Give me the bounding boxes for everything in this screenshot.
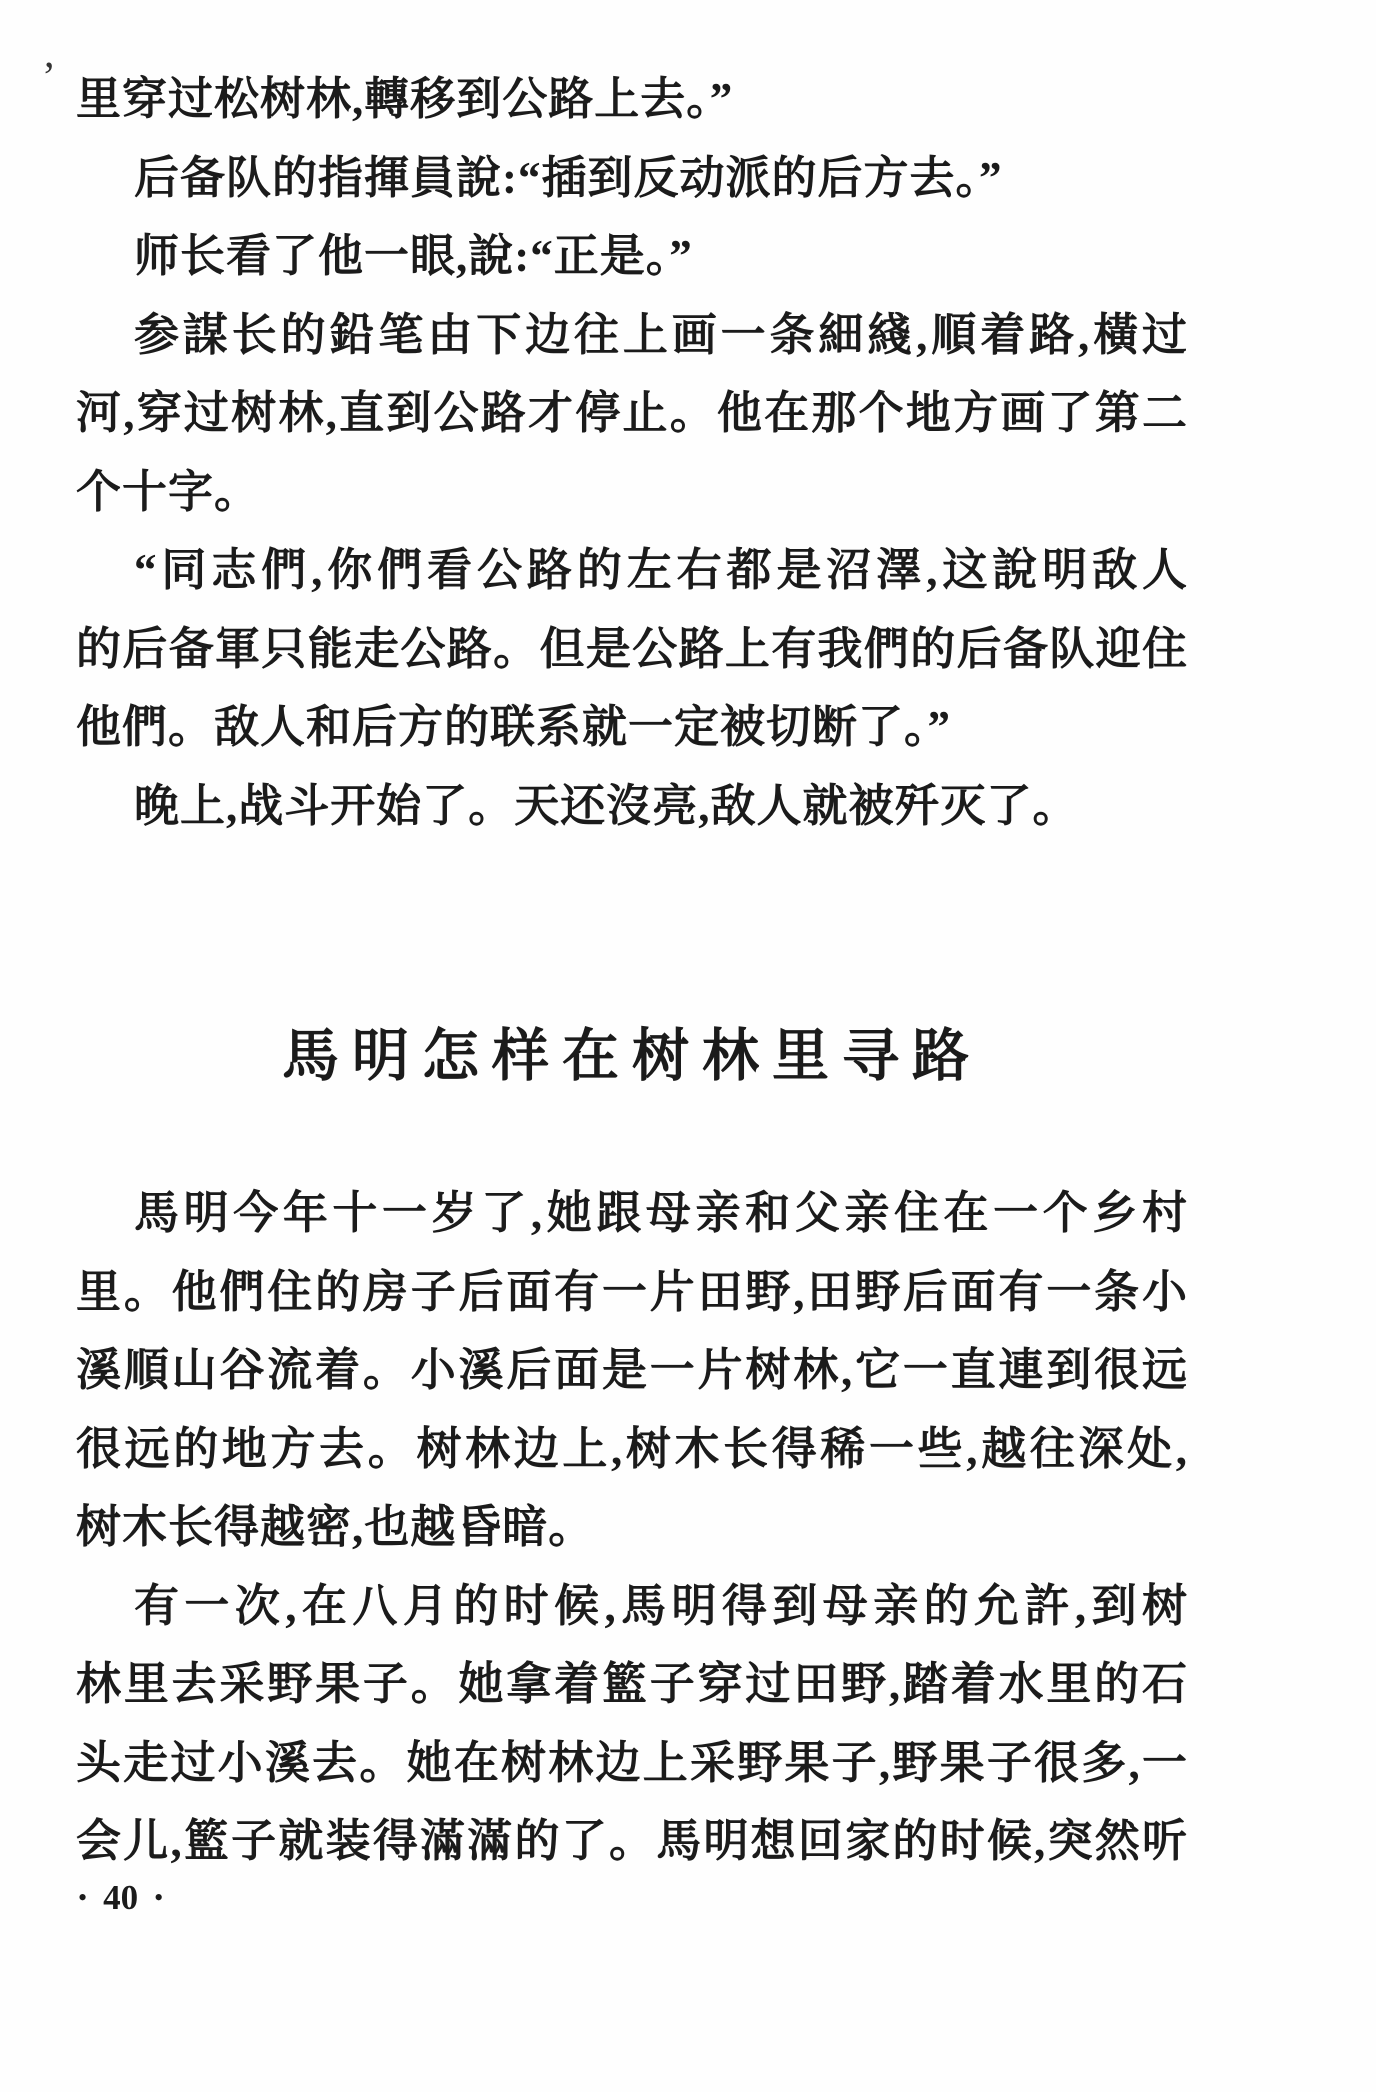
book-page: , 里穿过松树林,轉移到公路上去。” 后备队的指揮員說:“插到反动派的后方去。”… xyxy=(0,0,1376,2092)
text-line: 参謀长的鉛笔由下边往上画一条細綫,順着路,橫过 xyxy=(76,296,1188,375)
text-line: 有一次,在八月的时候,馬明得到母亲的允許,到树 xyxy=(76,1567,1188,1646)
text-line: 他們。敌人和后方的联系就一定被切断了。” xyxy=(76,688,1188,767)
page-number: 40 xyxy=(103,1878,138,1918)
text-line: 晚上,战斗开始了。天还沒亮,敌人就被歼灭了。 xyxy=(76,767,1188,846)
text-line: 树木长得越密,也越昏暗。 xyxy=(76,1488,1188,1567)
text-line: 的后备軍只能走公路。但是公路上有我們的后备队迎住 xyxy=(76,610,1188,689)
scan-artifact-mark: , xyxy=(44,30,55,78)
text-line: 个十字。 xyxy=(76,453,1188,532)
text-line: “同志們,你們看公路的左右都是沼澤,这說明敌人 xyxy=(76,531,1188,610)
text-line: 林里去采野果子。她拿着籃子穿过田野,踏着水里的石 xyxy=(76,1645,1188,1724)
text-line: 会儿,籃子就装得滿滿的了。馬明想回家的时候,突然听 xyxy=(76,1802,1188,1881)
text-line: 头走过小溪去。她在树林边上采野果子,野果子很多,一 xyxy=(76,1724,1188,1803)
text-line: 里。他們住的房子后面有一片田野,田野后面有一条小 xyxy=(76,1253,1188,1332)
text-line: 溪順山谷流着。小溪后面是一片树林,它一直連到很远 xyxy=(76,1331,1188,1410)
footer-bullet-right: • xyxy=(154,1878,163,1918)
text-line: 后备队的指揮員說:“插到反动派的后方去。” xyxy=(76,139,1188,218)
text-line: 很远的地方去。树林边上,树木长得稀一些,越往深处, xyxy=(76,1410,1188,1489)
story-title: 馬明怎样在树林里寻路 xyxy=(76,1015,1188,1099)
text-line: 馬明今年十一岁了,她跟母亲和父亲住在一个乡村 xyxy=(76,1174,1188,1253)
footer-bullet-left: • xyxy=(78,1878,87,1918)
text-line: 里穿过松树林,轉移到公路上去。” xyxy=(76,60,1188,139)
page-footer: • 40 • xyxy=(78,1878,163,1918)
text-line: 师长看了他一眼,說:“正是。” xyxy=(76,217,1188,296)
page-text-column: 里穿过松树林,轉移到公路上去。” 后备队的指揮員說:“插到反动派的后方去。” 师… xyxy=(76,60,1188,1881)
text-line: 河,穿过树林,直到公路才停止。他在那个地方画了第二 xyxy=(76,374,1188,453)
